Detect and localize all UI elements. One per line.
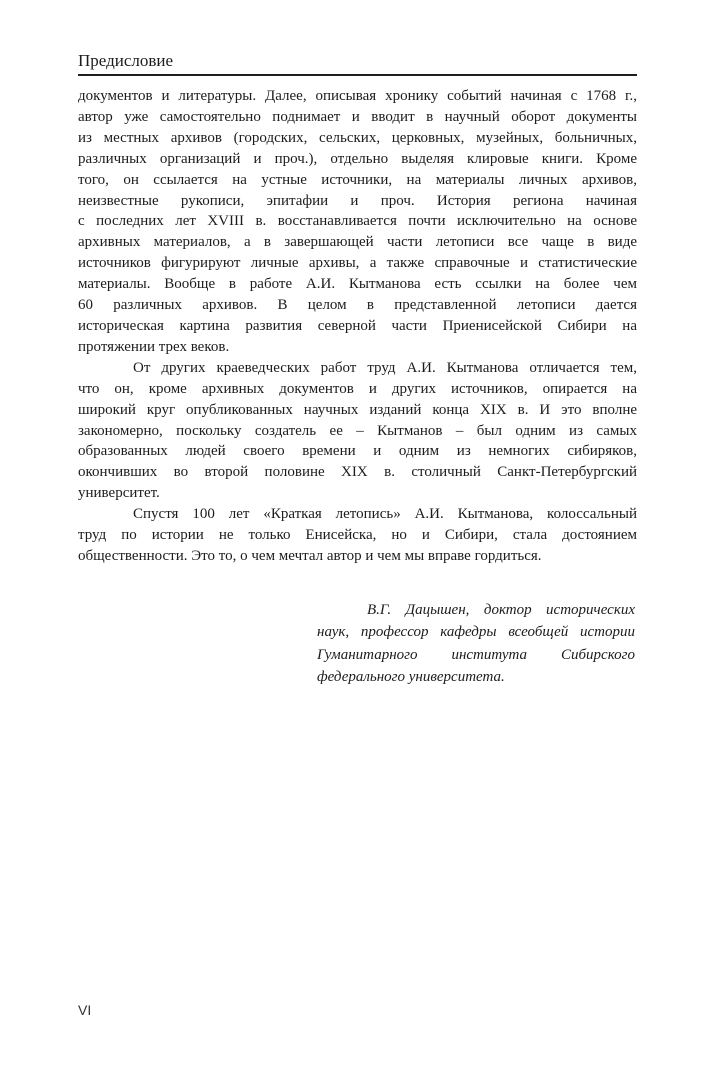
text-line: закономерно, поскольку создатель ее – Кы… [78,421,637,442]
text-line: труд по истории не только Енисейска, но … [78,525,637,546]
text-line: документов и литературы. Далее, описывая… [78,86,637,107]
text-line: 60 различных архивов. В целом в представ… [78,295,637,316]
text-line: общественности. Это то, о чем мечтал авт… [78,546,637,567]
page-number: VI [78,1002,91,1018]
running-header: Предисловие [78,51,637,76]
text-line: наук, профессор кафедры всеобщей истории [317,621,635,643]
text-line: образованных людей своего времени и одни… [78,441,637,462]
text-line: Гуманитарного института Сибирского [317,644,635,666]
text-line: федерального университета. [317,666,635,688]
text-line: неизвестные рукописи, эпитафии и проч. И… [78,191,637,212]
text-line: окончивших во второй половине XIX в. сто… [78,462,637,483]
body-text: документов и литературы. Далее, описывая… [78,86,637,567]
text-line: В.Г. Дацышен, доктор исторических [317,599,635,621]
text-line: того, он ссылается на устные источники, … [78,170,637,191]
text-line: из местных архивов (городских, сельских,… [78,128,637,149]
text-line: историческая картина развития северной ч… [78,316,637,337]
paragraph-continuation: документов и литературы. Далее, описывая… [78,86,637,358]
paragraph-other-works: От других краеведческих работ труд А.И. … [78,358,637,504]
text-line: От других краеведческих работ труд А.И. … [78,358,637,379]
text-line: что он, кроме архивных документов и друг… [78,379,637,400]
text-line: университет. [78,483,637,504]
text-line: с последних лет XVIII в. восстанавливает… [78,211,637,232]
text-line: широкий круг опубликованных научных изда… [78,400,637,421]
text-line: различных организаций и проч.), отдельно… [78,149,637,170]
author-signature: В.Г. Дацышен, доктор историческихнаук, п… [317,599,635,688]
text-line: автор уже самостоятельно поднимает и вво… [78,107,637,128]
paragraph-legacy: Спустя 100 лет «Краткая летопись» А.И. К… [78,504,637,567]
text-line: материалы. Вообще в работе А.И. Кытманов… [78,274,637,295]
text-line: протяжении трех веков. [78,337,637,358]
text-line: Спустя 100 лет «Краткая летопись» А.И. К… [78,504,637,525]
book-page: Предисловие документов и литературы. Дал… [0,0,713,1080]
text-line: источников фигурируют личные архивы, а т… [78,253,637,274]
running-header-title: Предисловие [78,51,173,70]
text-line: архивных материалов, а в завершающей час… [78,232,637,253]
